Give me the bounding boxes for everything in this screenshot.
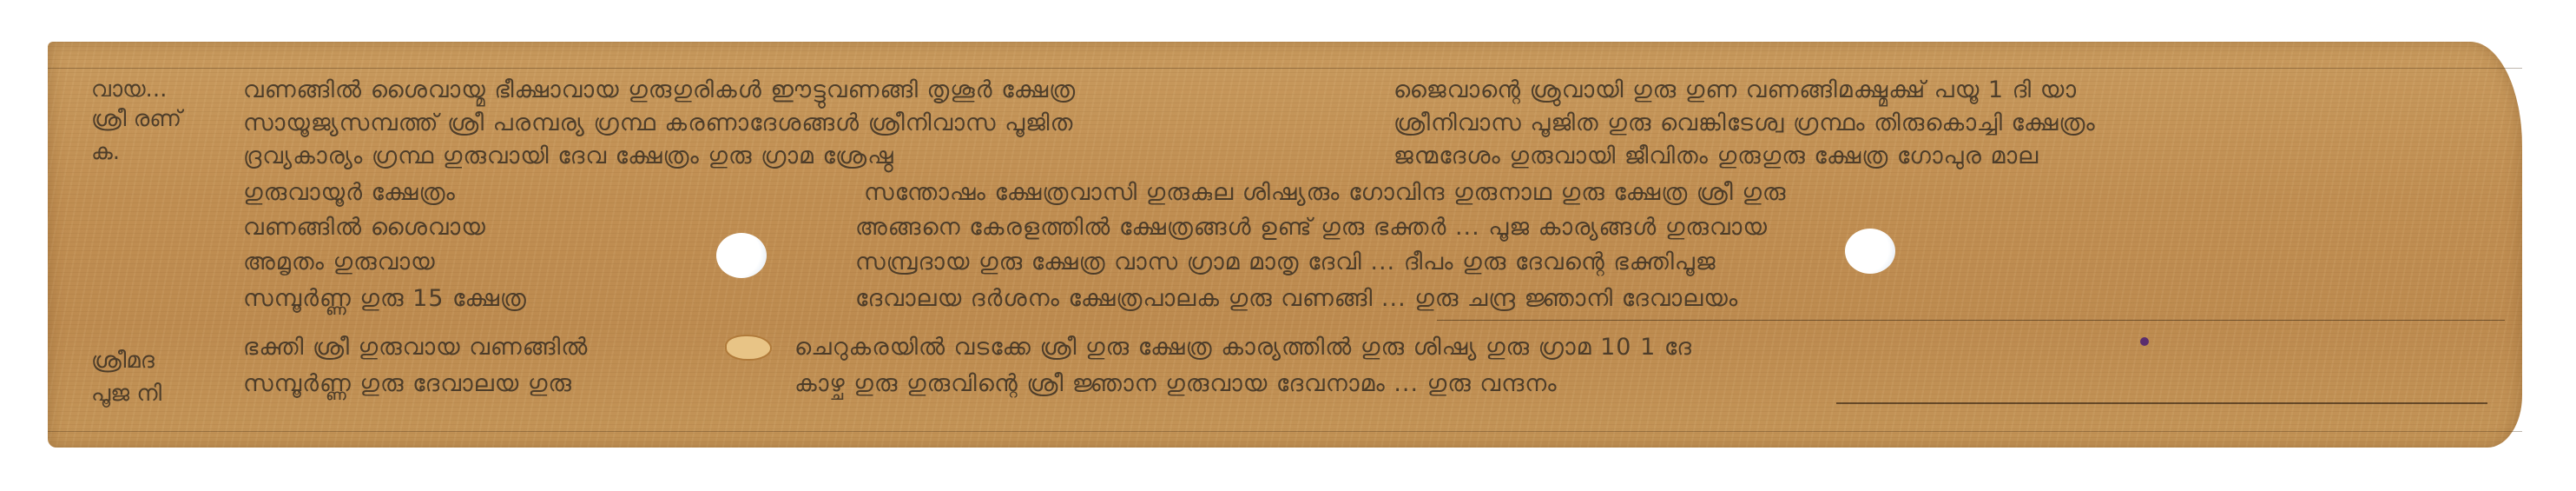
text-line-8-right: ചെറുകരയിൽ വടക്കേ ശ്രീ ഗുരു ക്ഷേത്ര കാര്യ… — [794, 334, 1692, 362]
text-line-7-left: സമ്പൂർണ്ണ ഗുരു 15 ക്ഷേത്ര — [243, 285, 527, 313]
crack-line — [1437, 320, 2505, 321]
text-line-2-left: സായൂജ്യസമ്പത്ത് ശ്രീ പരമ്പര്യ ഗ്രന്ഥ കരണ… — [243, 109, 1073, 137]
text-line-2-right: ശ്രീനിവാസ പൂജിത ഗുരു വെങ്കിടേശ്വ ഗ്രന്ഥം… — [1393, 109, 2096, 137]
text-line-8-left: ഭക്തി ശ്രീ ഗുരുവായ വണങ്ങിൽ — [243, 334, 588, 362]
text-line-4-right: സന്തോഷം ക്ഷേത്രവാസി ഗുരുകുല ശിഷ്യരും ഗോവ… — [864, 179, 1786, 207]
text-line-1-right: ജൈവാന്റെ ശ്രുവായി ഗുരു ഗുണ വണങ്ങിമക്ഷ്മക… — [1393, 76, 2077, 104]
text-line-4-left: ഗുരുവായൂർ ക്ഷേത്രം — [243, 179, 456, 207]
text-line-5-right: അങ്ങനെ കേരളത്തിൽ ക്ഷേത്രങ്ങൾ ഉണ്ട് ഗുരു … — [855, 214, 1768, 242]
text-line-6-left: അമൃതം ഗുരുവായ — [243, 249, 436, 276]
margin-note: പൂജ നി — [91, 381, 161, 408]
text-line-3-left: ദ്രവ്യകാര്യം ഗ്രന്ഥ ഗുരുവായി ദേവ ക്ഷേത്ര… — [243, 143, 894, 170]
string-hole — [1845, 229, 1895, 274]
text-line-5-left: വണങ്ങിൽ ശൈവായ — [243, 214, 486, 242]
ruling-line — [48, 431, 2522, 432]
margin-note: ക. — [91, 139, 120, 166]
string-hole — [716, 233, 767, 278]
margin-note: ശ്രീ രണ് — [91, 106, 181, 133]
text-line-9-right: കാഴ്ച ഗുരു ഗുരുവിന്റെ ശ്രീ ജ്ഞാന ഗുരുവായ… — [794, 370, 1558, 398]
text-line-1-left: വണങ്ങിൽ ശൈവായ്മ ഭീക്ഷാവായ ഗുരുഗുരികൾ ഈട്… — [243, 76, 1076, 104]
text-line-6-right: സമ്പ്രദായ ഗുരു ക്ഷേത്ര വാസ ഗ്രാമ മാതൃ ദേ… — [855, 249, 1716, 276]
purple-ink-dot — [2140, 337, 2149, 346]
ruling-line — [48, 68, 2522, 69]
palm-leaf: വായ... ശ്രീ രണ് ക. ശ്രീമദ പൂജ നി വണങ്ങിൽ… — [48, 42, 2522, 448]
text-line-7-right: ദേവാലയ ദർശനം ക്ഷേത്രപാലക ഗുരു വണങ്ങി ...… — [855, 285, 1738, 313]
margin-note: വായ... — [91, 76, 167, 103]
text-line-3-right: ജന്മദേശം ഗുരുവായി ജീവിതം ഗുരുഗുരു ക്ഷേത്… — [1393, 143, 2039, 170]
text-line-9-left: സമ്പൂർണ്ണ ഗുരു ദേവാലയ ഗുരു — [243, 370, 572, 398]
margin-note: ശ്രീമദ — [91, 348, 155, 375]
crack-line — [1836, 402, 2487, 404]
water-stain — [725, 335, 772, 361]
